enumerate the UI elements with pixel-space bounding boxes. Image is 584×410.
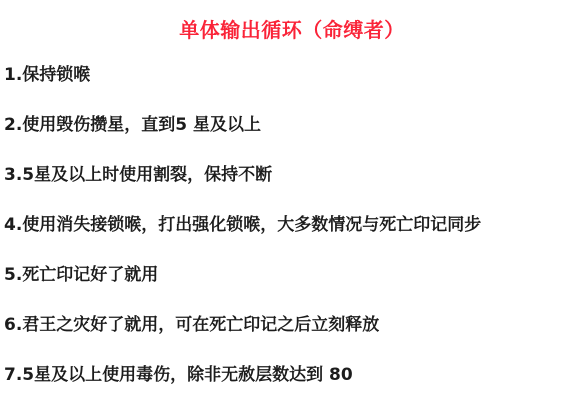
list-item: 4.使用消失接锁喉，打出强化锁喉，大多数情况与死亡印记同步: [4, 214, 578, 236]
list-item: 5.死亡印记好了就用: [4, 264, 578, 286]
page-title: 单体输出循环（命缚者）: [0, 0, 584, 42]
list-item: 6.君王之灾好了就用，可在死亡印记之后立刻释放: [4, 314, 578, 336]
document-page: 单体输出循环（命缚者） 1.保持锁喉 2.使用毁伤攒星，直到5 星及以上 3.5…: [0, 0, 584, 410]
list-item: 3.5星及以上时使用割裂，保持不断: [4, 164, 578, 186]
list-item: 1.保持锁喉: [4, 64, 578, 86]
list-item: 7.5星及以上使用毒伤，除非无赦层数达到 80: [4, 364, 578, 386]
list-item: 2.使用毁伤攒星，直到5 星及以上: [4, 114, 578, 136]
step-list: 1.保持锁喉 2.使用毁伤攒星，直到5 星及以上 3.5星及以上时使用割裂，保持…: [0, 42, 584, 386]
